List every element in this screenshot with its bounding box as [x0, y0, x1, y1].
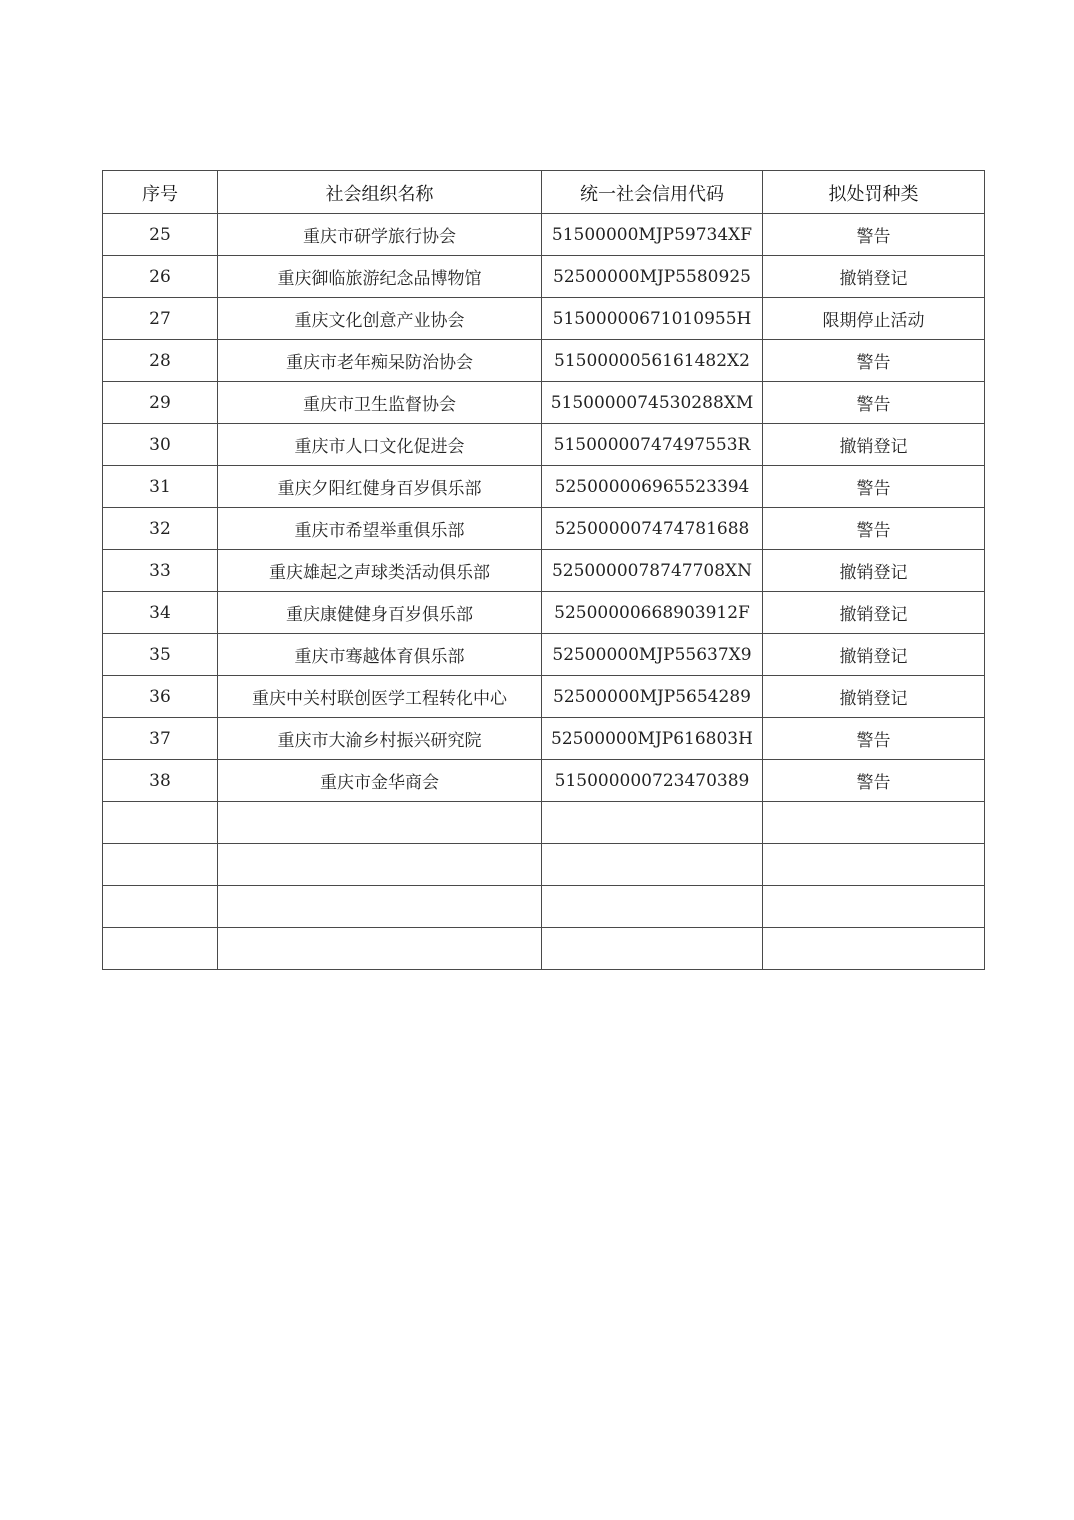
table-row: 29 重庆市卫生监督协会 5150000074530288XM 警告: [103, 382, 985, 424]
cell-penalty-type: 警告: [763, 340, 985, 382]
cell-credit-code: 5150000074530288XM: [542, 382, 763, 424]
cell-penalty-type: 警告: [763, 214, 985, 256]
header-org-name: 社会组织名称: [218, 171, 542, 214]
cell-no: 36: [103, 676, 218, 718]
table-row: 36 重庆中关村联创医学工程转化中心 52500000MJP5654289 撤销…: [103, 676, 985, 718]
cell-credit-code: 525000007474781688: [542, 508, 763, 550]
cell-credit-code: 525000006965523394: [542, 466, 763, 508]
table-header-row: 序号 社会组织名称 统一社会信用代码 拟处罚种类: [103, 171, 985, 214]
cell-no: 37: [103, 718, 218, 760]
cell-no: 28: [103, 340, 218, 382]
cell-no: 34: [103, 592, 218, 634]
cell-no: 32: [103, 508, 218, 550]
cell-penalty-type: 警告: [763, 718, 985, 760]
table-row: 34 重庆康健健身百岁俱乐部 52500000668903912F 撤销登记: [103, 592, 985, 634]
cell-org-name: 重庆康健健身百岁俱乐部: [218, 592, 542, 634]
cell-no: 31: [103, 466, 218, 508]
cell-no: 30: [103, 424, 218, 466]
cell-credit-code: 51500000671010955H: [542, 298, 763, 340]
cell-penalty-type: [763, 928, 985, 970]
document-page: 序号 社会组织名称 统一社会信用代码 拟处罚种类 25 重庆市研学旅行协会 51…: [0, 0, 1074, 1520]
cell-no: [103, 886, 218, 928]
cell-no: [103, 844, 218, 886]
cell-penalty-type: 撤销登记: [763, 592, 985, 634]
table-row: 30 重庆市人口文化促进会 51500000747497553R 撤销登记: [103, 424, 985, 466]
penalty-list-table: 序号 社会组织名称 统一社会信用代码 拟处罚种类 25 重庆市研学旅行协会 51…: [102, 170, 985, 970]
table-row-empty: [103, 844, 985, 886]
cell-org-name: [218, 928, 542, 970]
cell-org-name: 重庆市骞越体育俱乐部: [218, 634, 542, 676]
cell-no: 35: [103, 634, 218, 676]
cell-penalty-type: [763, 844, 985, 886]
cell-credit-code: [542, 928, 763, 970]
cell-org-name: 重庆市老年痴呆防治协会: [218, 340, 542, 382]
cell-penalty-type: 撤销登记: [763, 634, 985, 676]
cell-credit-code: 52500000MJP616803H: [542, 718, 763, 760]
cell-credit-code: [542, 844, 763, 886]
table-row: 37 重庆市大渝乡村振兴研究院 52500000MJP616803H 警告: [103, 718, 985, 760]
header-no: 序号: [103, 171, 218, 214]
cell-org-name: 重庆市大渝乡村振兴研究院: [218, 718, 542, 760]
cell-credit-code: 51500000747497553R: [542, 424, 763, 466]
cell-org-name: 重庆市人口文化促进会: [218, 424, 542, 466]
cell-penalty-type: 撤销登记: [763, 424, 985, 466]
table-row: 32 重庆市希望举重俱乐部 525000007474781688 警告: [103, 508, 985, 550]
cell-org-name: 重庆夕阳红健身百岁俱乐部: [218, 466, 542, 508]
cell-no: 25: [103, 214, 218, 256]
cell-org-name: [218, 886, 542, 928]
cell-no: [103, 928, 218, 970]
cell-org-name: 重庆御临旅游纪念品博物馆: [218, 256, 542, 298]
cell-no: [103, 802, 218, 844]
cell-no: 33: [103, 550, 218, 592]
cell-org-name: 重庆文化创意产业协会: [218, 298, 542, 340]
table-row: 35 重庆市骞越体育俱乐部 52500000MJP55637X9 撤销登记: [103, 634, 985, 676]
cell-credit-code: [542, 886, 763, 928]
cell-credit-code: 52500000668903912F: [542, 592, 763, 634]
cell-no: 29: [103, 382, 218, 424]
table-row: 28 重庆市老年痴呆防治协会 5150000056161482X2 警告: [103, 340, 985, 382]
cell-credit-code: 5150000056161482X2: [542, 340, 763, 382]
cell-credit-code: 52500000MJP5654289: [542, 676, 763, 718]
cell-credit-code: 52500000MJP5580925: [542, 256, 763, 298]
cell-credit-code: 51500000MJP59734XF: [542, 214, 763, 256]
table-row: 26 重庆御临旅游纪念品博物馆 52500000MJP5580925 撤销登记: [103, 256, 985, 298]
cell-penalty-type: [763, 802, 985, 844]
table-row: 27 重庆文化创意产业协会 51500000671010955H 限期停止活动: [103, 298, 985, 340]
cell-penalty-type: [763, 886, 985, 928]
cell-credit-code: 52500000MJP55637X9: [542, 634, 763, 676]
cell-penalty-type: 警告: [763, 760, 985, 802]
cell-org-name: 重庆雄起之声球类活动俱乐部: [218, 550, 542, 592]
cell-credit-code: [542, 802, 763, 844]
table-row: 38 重庆市金华商会 515000000723470389 警告: [103, 760, 985, 802]
cell-no: 27: [103, 298, 218, 340]
table-row: 31 重庆夕阳红健身百岁俱乐部 525000006965523394 警告: [103, 466, 985, 508]
cell-org-name: 重庆市研学旅行协会: [218, 214, 542, 256]
cell-no: 26: [103, 256, 218, 298]
table-row-empty: [103, 802, 985, 844]
cell-penalty-type: 撤销登记: [763, 550, 985, 592]
cell-no: 38: [103, 760, 218, 802]
header-credit-code: 统一社会信用代码: [542, 171, 763, 214]
cell-org-name: 重庆市希望举重俱乐部: [218, 508, 542, 550]
cell-penalty-type: 撤销登记: [763, 676, 985, 718]
cell-org-name: [218, 844, 542, 886]
cell-credit-code: 5250000078747708XN: [542, 550, 763, 592]
cell-penalty-type: 撤销登记: [763, 256, 985, 298]
table-row-empty: [103, 886, 985, 928]
cell-org-name: 重庆中关村联创医学工程转化中心: [218, 676, 542, 718]
table-row-empty: [103, 928, 985, 970]
cell-penalty-type: 警告: [763, 466, 985, 508]
cell-org-name: 重庆市卫生监督协会: [218, 382, 542, 424]
header-penalty-type: 拟处罚种类: [763, 171, 985, 214]
cell-org-name: 重庆市金华商会: [218, 760, 542, 802]
cell-org-name: [218, 802, 542, 844]
table-row: 33 重庆雄起之声球类活动俱乐部 5250000078747708XN 撤销登记: [103, 550, 985, 592]
cell-penalty-type: 限期停止活动: [763, 298, 985, 340]
table-row: 25 重庆市研学旅行协会 51500000MJP59734XF 警告: [103, 214, 985, 256]
cell-penalty-type: 警告: [763, 382, 985, 424]
cell-penalty-type: 警告: [763, 508, 985, 550]
cell-credit-code: 515000000723470389: [542, 760, 763, 802]
